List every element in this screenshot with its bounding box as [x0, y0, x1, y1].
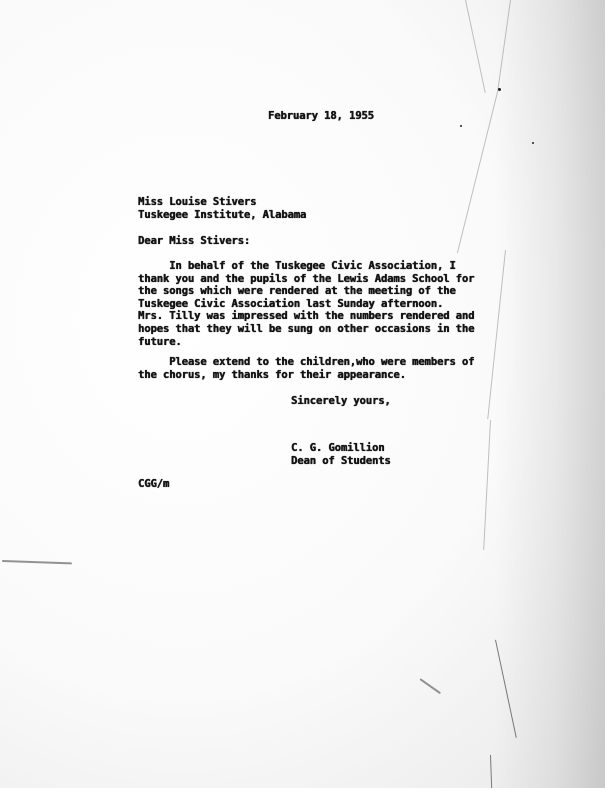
- paper-crack: [487, 250, 506, 419]
- paper-speck: [532, 142, 534, 144]
- paper-crack: [490, 755, 492, 795]
- recipient-address: Tuskegee Institute, Alabama: [138, 209, 306, 222]
- paper-speck: [460, 125, 462, 127]
- signatory-title: Dean of Students: [291, 455, 391, 468]
- recipient-block: Miss Louise StiversTuskegee Institute, A…: [138, 196, 306, 221]
- paper-smudge: [419, 678, 441, 694]
- paper-smudge: [2, 560, 72, 564]
- paper-speck: [498, 88, 501, 91]
- paragraph-line: In behalf of the Tuskegee Civic Associat…: [138, 260, 474, 273]
- paragraph-line: Please extend to the children,who were m…: [138, 356, 474, 369]
- recipient-name: Miss Louise Stivers: [138, 196, 306, 209]
- signature-block: C. G. GomillionDean of Students: [291, 442, 391, 467]
- reference-initials: CGG/m: [138, 478, 169, 491]
- paper-crack: [497, 0, 511, 89]
- letter-date: February 18, 1955: [268, 110, 374, 123]
- paragraph-line: Mrs. Tilly was impressed with the number…: [138, 310, 474, 323]
- salutation: Dear Miss Stivers:: [138, 235, 250, 248]
- paragraph-line: the chorus, my thanks for their appearan…: [138, 369, 474, 382]
- paper-crack: [465, 0, 486, 93]
- paper-crack: [483, 420, 491, 550]
- closing: Sincerely yours,: [291, 395, 391, 408]
- paper-crack: [495, 640, 517, 738]
- signatory-name: C. G. Gomillion: [291, 442, 391, 455]
- paragraph-line: the songs which were rendered at the mee…: [138, 285, 474, 298]
- paper-crack: [457, 88, 499, 253]
- body-paragraph-2: Please extend to the children,who were m…: [138, 356, 474, 381]
- body-paragraph-1: In behalf of the Tuskegee Civic Associat…: [138, 260, 474, 348]
- paragraph-line: future.: [138, 336, 474, 349]
- paragraph-line: thank you and the pupils of the Lewis Ad…: [138, 273, 474, 286]
- paragraph-line: Tuskegee Civic Association last Sunday a…: [138, 298, 474, 311]
- letter-page: February 18, 1955 Miss Louise StiversTus…: [0, 0, 605, 800]
- paragraph-line: hopes that they will be sung on other oc…: [138, 323, 474, 336]
